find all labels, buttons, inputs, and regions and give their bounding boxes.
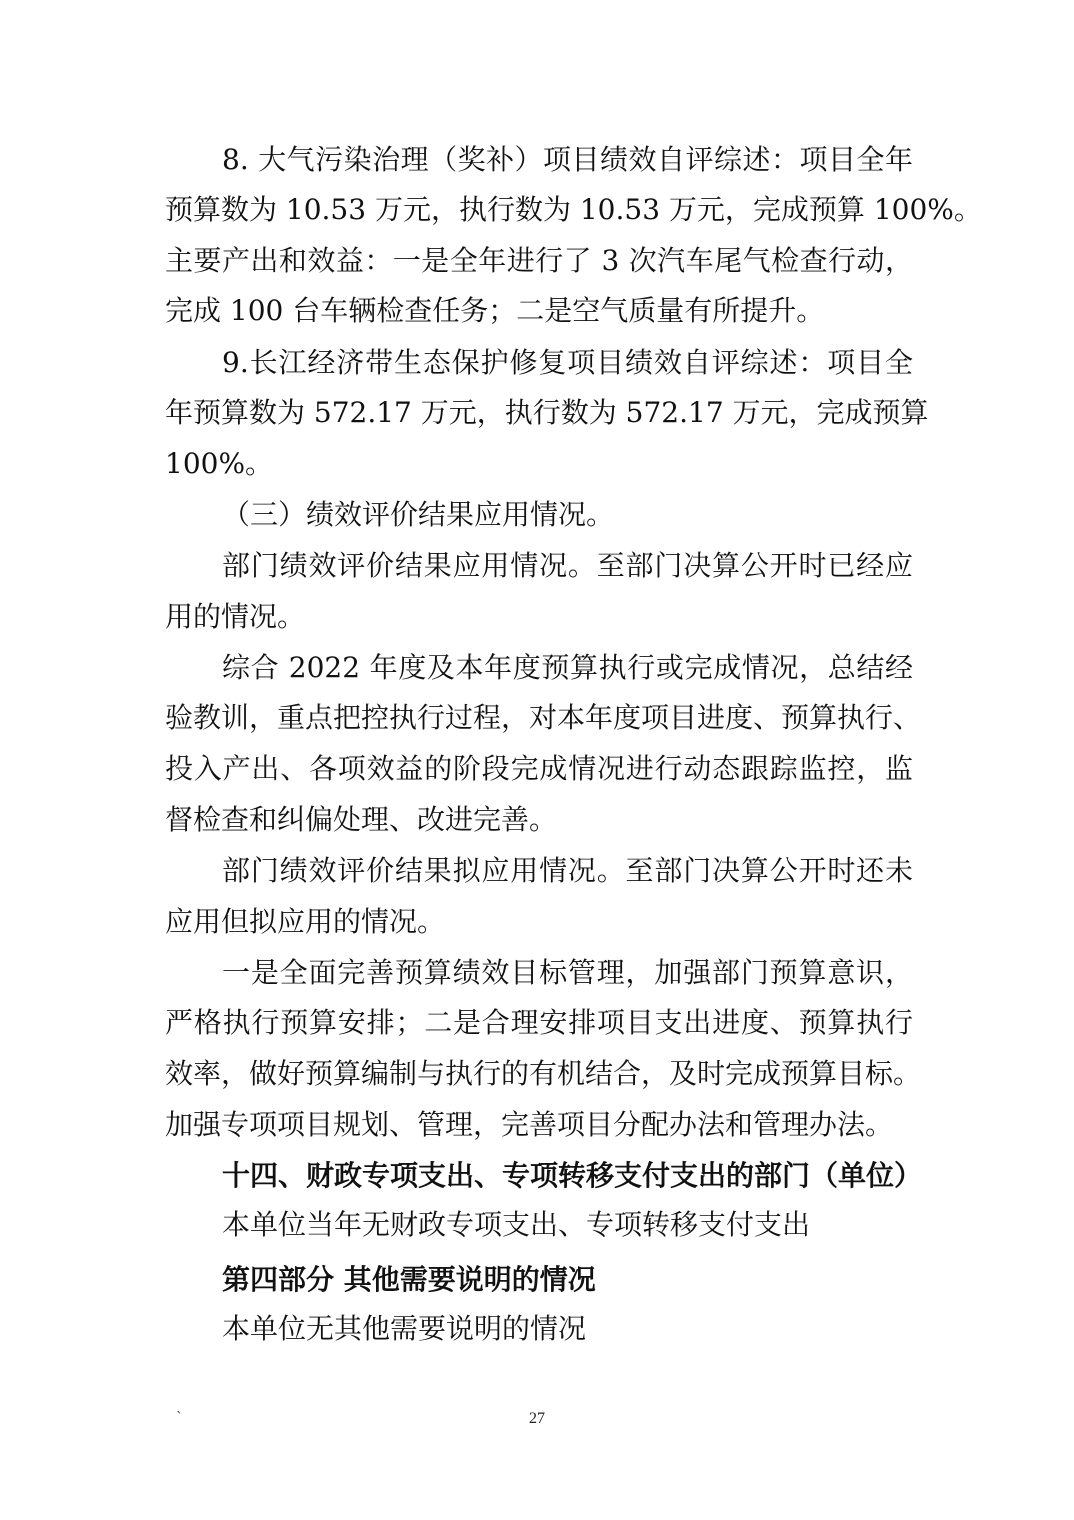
paragraph-line: 完成 100 台车辆检查任务；二是空气质量有所提升。 [165,293,913,329]
page-number: 27 [529,1410,545,1428]
paragraph-line: 投入产出、各项效益的阶段完成情况进行动态跟踪监控，监 [165,751,913,787]
paragraph-line: 部门绩效评价结果拟应用情况。至部门决算公开时还未 [222,853,913,889]
paragraph-line: 主要产出和效益：一是全年进行了 3 次汽车尾气检查行动， [165,243,913,279]
paragraph-line: 用的情况。 [165,599,913,635]
paragraph-line: 验教训，重点把控执行过程，对本年度项目进度、预算执行、 [165,700,913,736]
paragraph-line: 8. 大气污染治理（奖补）项目绩效自评综述：项目全年 [222,142,913,178]
footer-mark: ` [176,1410,183,1426]
paragraph-line: 效率，做好预算编制与执行的有机结合，及时完成预算目标。 [165,1056,913,1092]
paragraph-line: 严格执行预算安排；二是合理安排项目支出进度、预算执行 [165,1005,913,1041]
paragraph-line: 9.长江经济带生态保护修复项目绩效自评综述：项目全 [222,345,913,381]
paragraph-line: 预算数为 10.53 万元，执行数为 10.53 万元，完成预算 100%。 [165,192,913,228]
paragraph-line: 100%。 [165,446,913,482]
paragraph-line: 督检查和纠偏处理、改进完善。 [165,802,913,838]
part-4-body: 本单位无其他需要说明的情况 [222,1311,913,1347]
part-4-heading: 第四部分 其他需要说明的情况 [222,1262,913,1298]
subsection-heading: （三）绩效评价结果应用情况。 [222,497,913,533]
paragraph-line: 加强专项项目规划、管理，完善项目分配办法和管理办法。 [165,1107,913,1143]
paragraph-line: 综合 2022 年度及本年度预算执行或完成情况，总结经 [222,650,913,686]
section-14-heading: 十四、财政专项支出、专项转移支付支出的部门（单位） [222,1158,913,1194]
paragraph-line: 一是全面完善预算绩效目标管理，加强部门预算意识， [222,955,913,991]
section-14-body: 本单位当年无财政专项支出、专项转移支付支出 [222,1207,913,1243]
paragraph-line: 年预算数为 572.17 万元，执行数为 572.17 万元，完成预算 [165,395,913,431]
paragraph-line: 部门绩效评价结果应用情况。至部门决算公开时已经应 [222,548,913,584]
paragraph-line: 应用但拟应用的情况。 [165,904,913,940]
